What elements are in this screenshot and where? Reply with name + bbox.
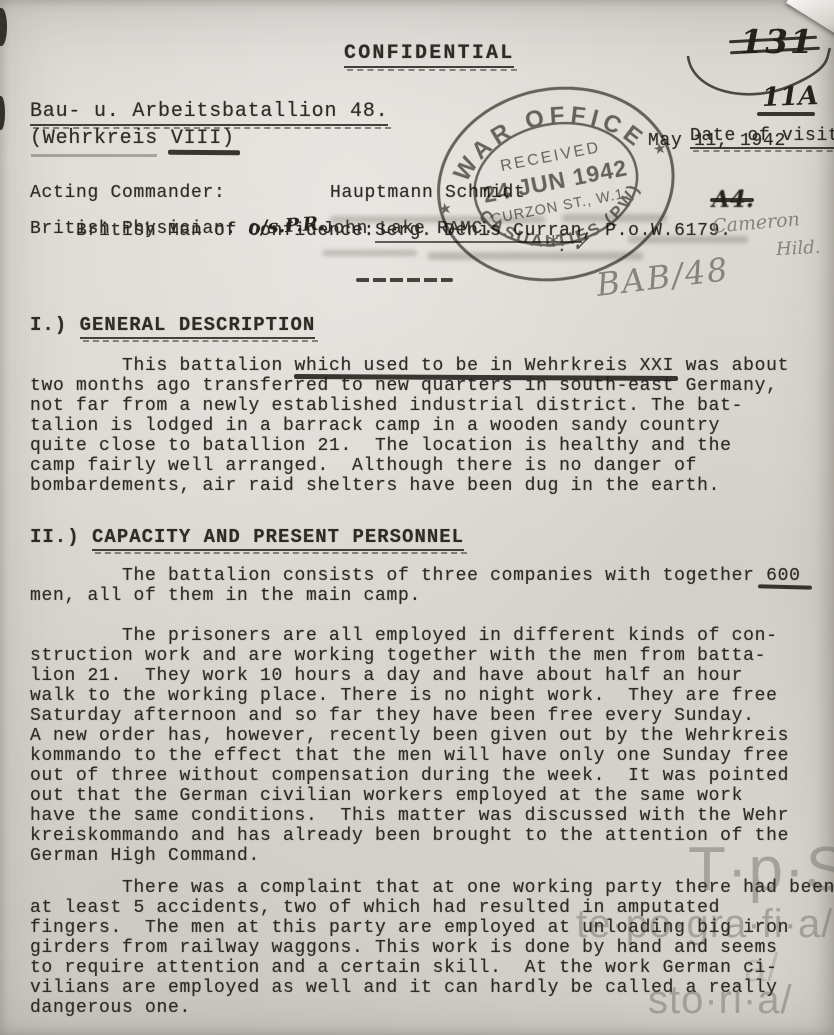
classification-label: CONFIDENTIAL — [344, 42, 514, 68]
region-ink-underline — [168, 150, 240, 156]
margin-note-name: Hild. — [775, 237, 821, 260]
classification-title: CONFIDENTIAL — [344, 42, 514, 68]
region-pencil-underline — [31, 154, 157, 157]
official-row-commander-label: Acting Commander: — [30, 183, 226, 203]
pencil-smudge — [322, 250, 417, 256]
section-number: II.) — [30, 526, 80, 548]
section-heading-capacity-personnel: II.) CAPACITY AND PRESENT PERSONNEL — [30, 526, 464, 551]
paragraph: There was a complaint that at one workin… — [30, 878, 834, 1018]
unit-title: Bau- u. Arbeitsbatallion 48. — [30, 100, 388, 126]
paper-edge-mark — [0, 96, 5, 130]
ink-note-strike — [710, 198, 754, 202]
section-number: I.) — [30, 314, 67, 336]
paper-edge-mark — [0, 8, 7, 46]
scanned-document-page: T·p·S te·po·gra·fi·a/ a/ sto·ri·a/ CONFI… — [0, 0, 834, 1035]
paragraph: The prisoners are all employed in differ… — [30, 626, 789, 866]
section-heading-general-description: I.) GENERAL DESCRIPTION — [30, 314, 315, 339]
official-row-physician-label: British Physician: — [30, 219, 237, 239]
separator-line — [356, 278, 453, 282]
stamp-star-left: ★ — [437, 199, 453, 218]
section-title: GENERAL DESCRIPTION — [80, 314, 316, 339]
section-title: CAPACITY AND PRESENT PERSONNEL — [92, 526, 464, 551]
paragraph: The battalion consists of three companie… — [30, 566, 801, 606]
war-office-stamp: WAR OFFICE CASUALTIES (PW) RECEIVED 24 J… — [407, 40, 705, 330]
unit-region: (Wehrkreis VIII) — [30, 127, 235, 150]
